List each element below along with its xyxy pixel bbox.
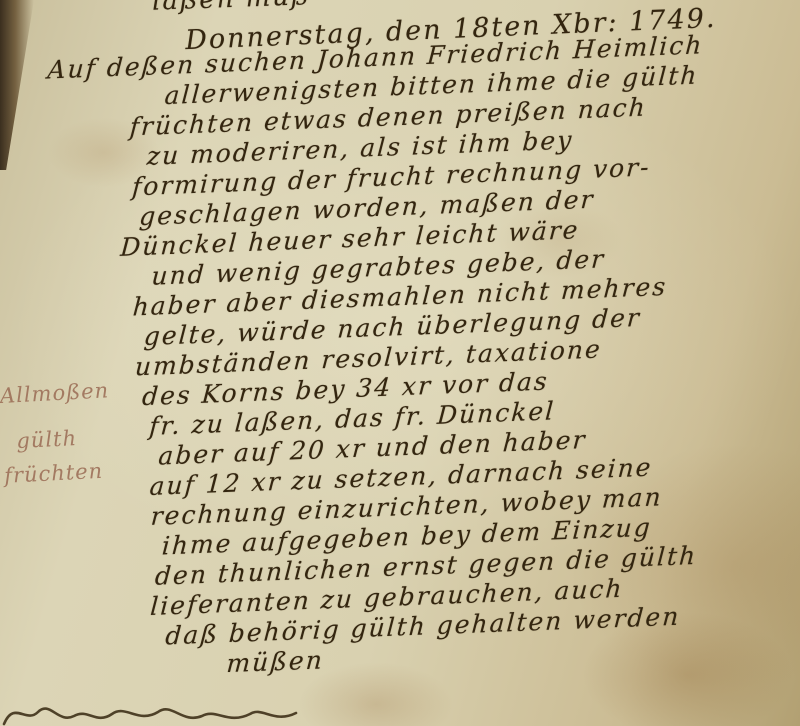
book-binding-edge xyxy=(0,0,34,170)
partial-top-line: laßen muß xyxy=(152,0,311,17)
margin-annotation: Allmoßen gülth früchten xyxy=(0,376,155,488)
cut-off-next-line-strokes xyxy=(0,698,420,726)
margin-note-line: Allmoßen xyxy=(0,376,150,408)
manuscript-body: Auf deßen suchen Johann Friedrich Heimli… xyxy=(35,27,800,686)
manuscript-photo: laßen muß Donnerstag, den 18ten Xbr: 174… xyxy=(0,0,800,726)
margin-note-line: gülth xyxy=(16,422,153,453)
